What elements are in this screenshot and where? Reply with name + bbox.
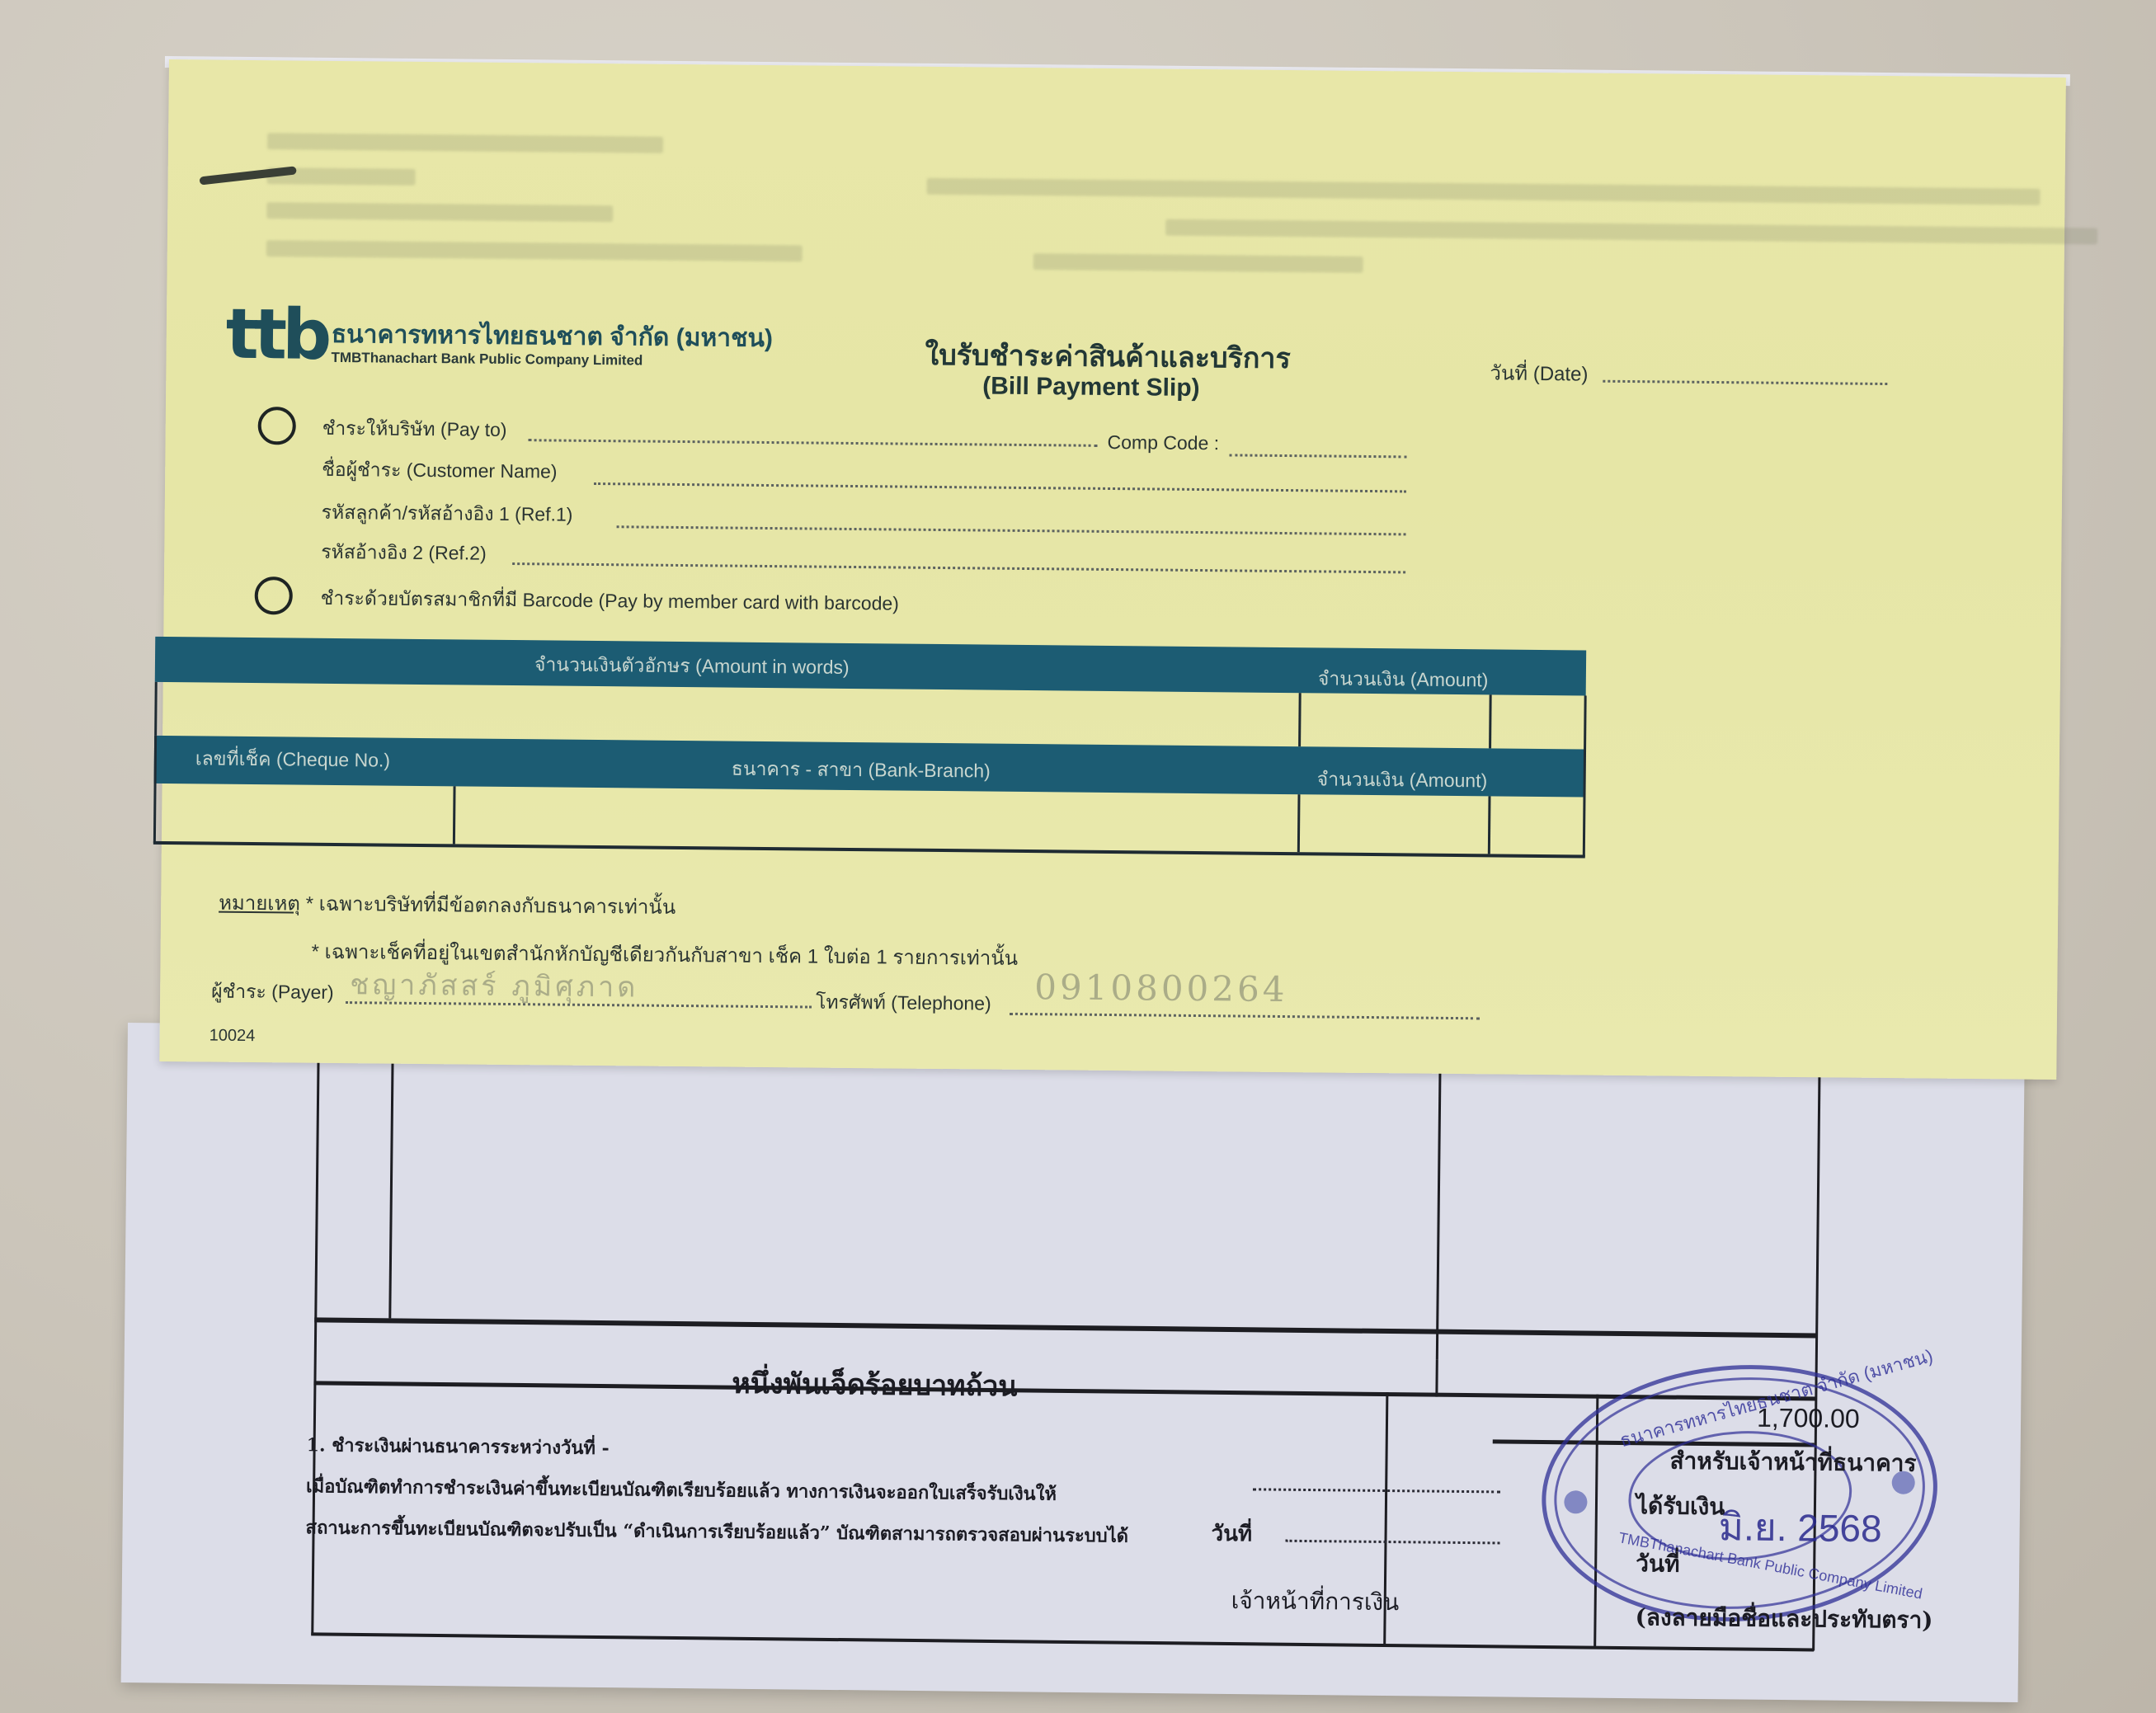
grid-line xyxy=(1436,1037,1442,1360)
stamp-dot-icon xyxy=(1564,1489,1589,1514)
show-through-print xyxy=(926,178,2040,205)
bank-branch-cell[interactable] xyxy=(455,786,1297,852)
telephone-field[interactable] xyxy=(1010,1013,1480,1019)
amount-header: จำนวนเงิน (Amount) xyxy=(1318,664,1489,695)
slip-title-en: (Bill Payment Slip) xyxy=(982,372,1200,402)
remark-line-1: หมายเหตุ * เฉพาะบริษัทที่มีข้อตกลงกับธนา… xyxy=(219,887,676,923)
barcode-option-label: ชำระด้วยบัตรสมาชิกที่มี Barcode (Pay by … xyxy=(321,584,900,619)
comp-code-field[interactable] xyxy=(1229,454,1406,458)
bank-branch-header: ธนาคาร - สาขา (Bank-Branch) xyxy=(732,755,991,787)
customer-name-field[interactable] xyxy=(594,482,1406,492)
date-label: วันที่ (Date) xyxy=(1490,356,1588,389)
finance-officer-label: เจ้าหน้าที่การเงิน xyxy=(1231,1583,1400,1621)
cell-divider xyxy=(1583,696,1587,857)
grid-line xyxy=(314,1317,1817,1338)
remarks-label: หมายเหตุ xyxy=(219,892,300,915)
amount-in-words-header: จำนวนเงินตัวอักษร (Amount in words) xyxy=(534,650,850,683)
show-through-print xyxy=(1033,253,1363,273)
pay-to-radio[interactable] xyxy=(258,407,296,445)
grid-line xyxy=(388,1025,394,1318)
cell-divider xyxy=(154,682,158,736)
telephone-label: โทรศัพท์ (Telephone) xyxy=(816,988,991,1019)
show-through-print xyxy=(267,133,663,153)
grid-line xyxy=(1435,1360,1438,1397)
amount-header-2: จำนวนเงิน (Amount) xyxy=(1317,765,1488,796)
ref1-label: รหัสลูกค้า/รหัสอ้างอิง 1 (Ref.1) xyxy=(322,498,573,530)
received-label: ได้รับเงิน xyxy=(1636,1488,1725,1525)
cheque-no-header: เลขที่เช็ค (Cheque No.) xyxy=(195,744,390,775)
ref1-field[interactable] xyxy=(617,525,1406,535)
telephone-handwritten: 0910800264 xyxy=(1034,967,1288,1009)
receipt-document: หนึ่งพันเจ็ดร้อยบาทถ้วน 1,700.00 1. ชำระ… xyxy=(121,1023,2025,1702)
grid-line xyxy=(311,1632,1814,1651)
bank-date-label: วันที่ xyxy=(1636,1546,1680,1583)
ref2-field[interactable] xyxy=(512,562,1405,573)
cheque-satang-cell[interactable] xyxy=(1490,796,1584,854)
cheque-amount-cell[interactable] xyxy=(1300,794,1489,854)
note-line-3: สถานะการขึ้นทะเบียนบัณฑิตจะปรับเป็น “ดำเ… xyxy=(305,1507,1128,1556)
barcode-radio[interactable] xyxy=(255,576,293,614)
form-number: 10024 xyxy=(209,1027,256,1047)
amount-satang-cell[interactable] xyxy=(1491,694,1584,749)
payer-label: ผู้ชำระ (Payer) xyxy=(211,977,334,1008)
remark-text-1: * เฉพาะบริษัทที่มีข้อตกลงกับธนาคารเท่านั… xyxy=(306,893,676,919)
bank-officer-heading: สำหรับเจ้าหน้าที่ธนาคาร xyxy=(1669,1443,1916,1482)
ttb-logo: ttb xyxy=(225,299,327,369)
pay-to-label: ชำระให้บริษัท (Pay to) xyxy=(322,414,507,445)
comp-code-label: Comp Code : xyxy=(1107,431,1219,454)
pay-to-field[interactable] xyxy=(529,439,1098,447)
stamp-date: มิ.ย. 2568 xyxy=(1718,1497,1882,1559)
amount-cell[interactable] xyxy=(1301,693,1490,748)
cheque-no-cell[interactable] xyxy=(156,784,454,844)
signature-label: (ลงลายมือชื่อและประทับตรา) xyxy=(1635,1599,1932,1639)
bank-name-en: TMBThanachart Bank Public Company Limite… xyxy=(331,350,643,369)
ref2-label: รหัสอ้างอิง 2 (Ref.2) xyxy=(321,538,487,569)
payment-notes: 1. ชำระเงินผ่านธนาคารระหว่างวันที่ - เมื… xyxy=(305,1424,1129,1556)
show-through-print xyxy=(266,202,613,222)
show-through-print xyxy=(266,240,803,261)
payment-table: จำนวนเงินตัวอักษร (Amount in words) จำนว… xyxy=(155,637,1586,651)
customer-name-label: ชื่อผู้ชำระ (Customer Name) xyxy=(322,455,558,487)
show-through-print xyxy=(1165,219,2097,245)
bill-payment-slip: ttb ธนาคารทหารไทยธนชาต จำกัด (มหาชน) TMB… xyxy=(159,59,2066,1080)
finance-date-label: วันที่ xyxy=(1211,1517,1252,1551)
date-field[interactable] xyxy=(1603,380,1887,385)
